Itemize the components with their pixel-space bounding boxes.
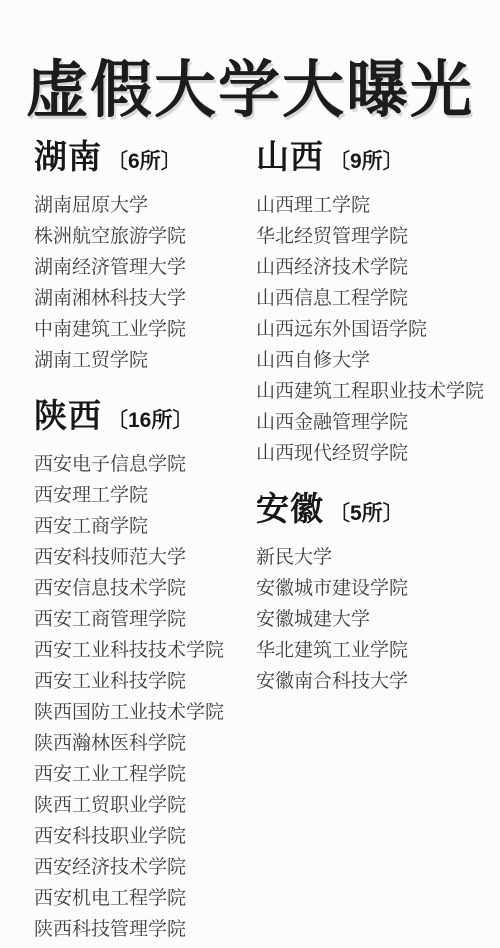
province-header: 湖南〔6所〕 bbox=[34, 139, 256, 182]
university-item: 陕西国防工业技术学院 bbox=[34, 697, 256, 728]
university-item: 山西理工学院 bbox=[256, 190, 486, 221]
university-item: 西安信息技术学院 bbox=[34, 573, 256, 604]
university-item: 西安工商学院 bbox=[34, 511, 256, 542]
province-count: 〔6所〕 bbox=[107, 150, 182, 173]
column-left: 湖南〔6所〕 湖南屈原大学株洲航空旅游学院湖南经济管理大学湖南湘林科技大学中南建… bbox=[34, 139, 256, 945]
university-item: 山西金融管理学院 bbox=[256, 407, 486, 438]
page-title: 虚假大学大曝光 bbox=[0, 0, 500, 123]
university-item: 新民大学 bbox=[256, 542, 486, 573]
university-item: 湖南工贸学院 bbox=[34, 345, 256, 376]
university-item: 安徽城市建设学院 bbox=[256, 573, 486, 604]
province-section: 陕西〔16所〕 西安电子信息学院西安理工学院西安工商学院西安科技师范大学西安信息… bbox=[34, 398, 256, 945]
university-item: 株洲航空旅游学院 bbox=[34, 221, 256, 252]
columns-container: 湖南〔6所〕 湖南屈原大学株洲航空旅游学院湖南经济管理大学湖南湘林科技大学中南建… bbox=[0, 139, 500, 945]
university-item: 山西远东外国语学院 bbox=[256, 314, 486, 345]
university-item: 西安科技职业学院 bbox=[34, 821, 256, 852]
province-section: 湖南〔6所〕 湖南屈原大学株洲航空旅游学院湖南经济管理大学湖南湘林科技大学中南建… bbox=[34, 139, 256, 376]
university-item: 西安科技师范大学 bbox=[34, 542, 256, 573]
province-name: 山西 bbox=[256, 138, 324, 175]
university-item: 安徽城建大学 bbox=[256, 604, 486, 635]
university-item: 西安经济技术学院 bbox=[34, 852, 256, 883]
university-item: 中南建筑工业学院 bbox=[34, 314, 256, 345]
province-count: 〔9所〕 bbox=[329, 150, 404, 173]
university-list: 新民大学安徽城市建设学院安徽城建大学华北建筑工业学院安徽南合科技大学 bbox=[256, 542, 486, 697]
province-header: 山西〔9所〕 bbox=[256, 139, 486, 182]
province-header: 安徽〔5所〕 bbox=[256, 491, 486, 534]
university-item: 陕西瀚林医科学院 bbox=[34, 728, 256, 759]
university-item: 华北建筑工业学院 bbox=[256, 635, 486, 666]
university-item: 山西建筑工程职业技术学院 bbox=[256, 376, 486, 407]
province-header: 陕西〔16所〕 bbox=[34, 398, 256, 441]
university-item: 湖南湘林科技大学 bbox=[34, 283, 256, 314]
province-section: 山西〔9所〕 山西理工学院华北经贸管理学院山西经济技术学院山西信息工程学院山西远… bbox=[256, 139, 486, 469]
university-item: 山西信息工程学院 bbox=[256, 283, 486, 314]
university-list: 湖南屈原大学株洲航空旅游学院湖南经济管理大学湖南湘林科技大学中南建筑工业学院湖南… bbox=[34, 190, 256, 376]
university-item: 山西经济技术学院 bbox=[256, 252, 486, 283]
university-item: 西安工商管理学院 bbox=[34, 604, 256, 635]
province-name: 陕西 bbox=[34, 397, 102, 434]
university-item: 华北经贸管理学院 bbox=[256, 221, 486, 252]
university-item: 西安理工学院 bbox=[34, 480, 256, 511]
province-name: 安徽 bbox=[256, 490, 324, 527]
university-item: 陕西科技管理学院 bbox=[34, 914, 256, 945]
province-count: 〔16所〕 bbox=[107, 409, 193, 432]
university-item: 陕西工贸职业学院 bbox=[34, 790, 256, 821]
university-item: 湖南屈原大学 bbox=[34, 190, 256, 221]
university-list: 西安电子信息学院西安理工学院西安工商学院西安科技师范大学西安信息技术学院西安工商… bbox=[34, 449, 256, 945]
column-right: 山西〔9所〕 山西理工学院华北经贸管理学院山西经济技术学院山西信息工程学院山西远… bbox=[256, 139, 486, 697]
university-item: 山西自修大学 bbox=[256, 345, 486, 376]
university-item: 山西现代经贸学院 bbox=[256, 438, 486, 469]
province-count: 〔5所〕 bbox=[329, 502, 404, 525]
university-list: 山西理工学院华北经贸管理学院山西经济技术学院山西信息工程学院山西远东外国语学院山… bbox=[256, 190, 486, 469]
university-item: 西安工业工程学院 bbox=[34, 759, 256, 790]
province-name: 湖南 bbox=[34, 138, 102, 175]
university-item: 西安工业科技技术学院 bbox=[34, 635, 256, 666]
fake-university-poster: 虚假大学大曝光 湖南〔6所〕 湖南屈原大学株洲航空旅游学院湖南经济管理大学湖南湘… bbox=[0, 0, 500, 948]
university-item: 西安工业科技学院 bbox=[34, 666, 256, 697]
university-item: 安徽南合科技大学 bbox=[256, 666, 486, 697]
university-item: 西安电子信息学院 bbox=[34, 449, 256, 480]
university-item: 西安机电工程学院 bbox=[34, 883, 256, 914]
province-section: 安徽〔5所〕 新民大学安徽城市建设学院安徽城建大学华北建筑工业学院安徽南合科技大… bbox=[256, 491, 486, 697]
university-item: 湖南经济管理大学 bbox=[34, 252, 256, 283]
